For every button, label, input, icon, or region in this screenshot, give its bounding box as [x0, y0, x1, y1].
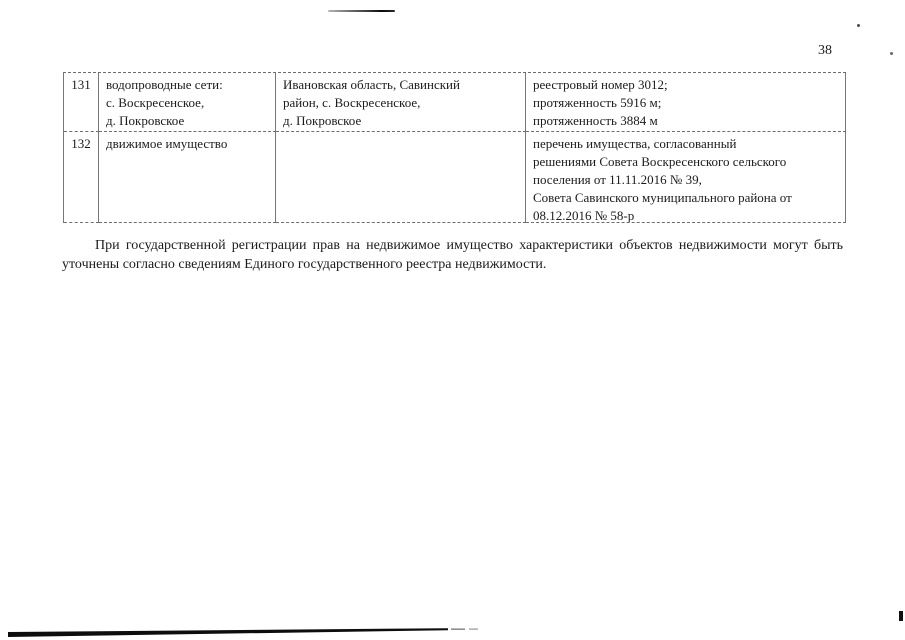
scan-speckle — [890, 52, 893, 55]
table-cell-object-location — [276, 132, 526, 223]
scan-speckle — [857, 24, 860, 27]
document-page: 38 131 водопроводные сети: с. Воскресенс… — [0, 0, 905, 640]
property-registry-table: 131 водопроводные сети: с. Воскресенское… — [63, 72, 846, 223]
table-cell-object-name: движимое имущество — [99, 132, 276, 223]
scan-artifact-right-tick — [899, 611, 903, 621]
scan-artifact-bottom-line — [0, 620, 905, 640]
table-cell-object-name: водопроводные сети: с. Воскресенское, д.… — [99, 73, 276, 132]
note-paragraph: При государственной регистрации прав на … — [62, 236, 843, 274]
table-cell-object-details: реестровый номер 3012; протяженность 591… — [526, 73, 846, 132]
table-cell-row-number: 131 — [64, 73, 99, 132]
table-cell-object-details: перечень имущества, согласованный решени… — [526, 132, 846, 223]
table-cell-object-location: Ивановская область, Савинский район, с. … — [276, 73, 526, 132]
table-cell-row-number: 132 — [64, 132, 99, 223]
scan-artifact-top-line — [328, 10, 395, 12]
page-number: 38 — [818, 43, 848, 59]
